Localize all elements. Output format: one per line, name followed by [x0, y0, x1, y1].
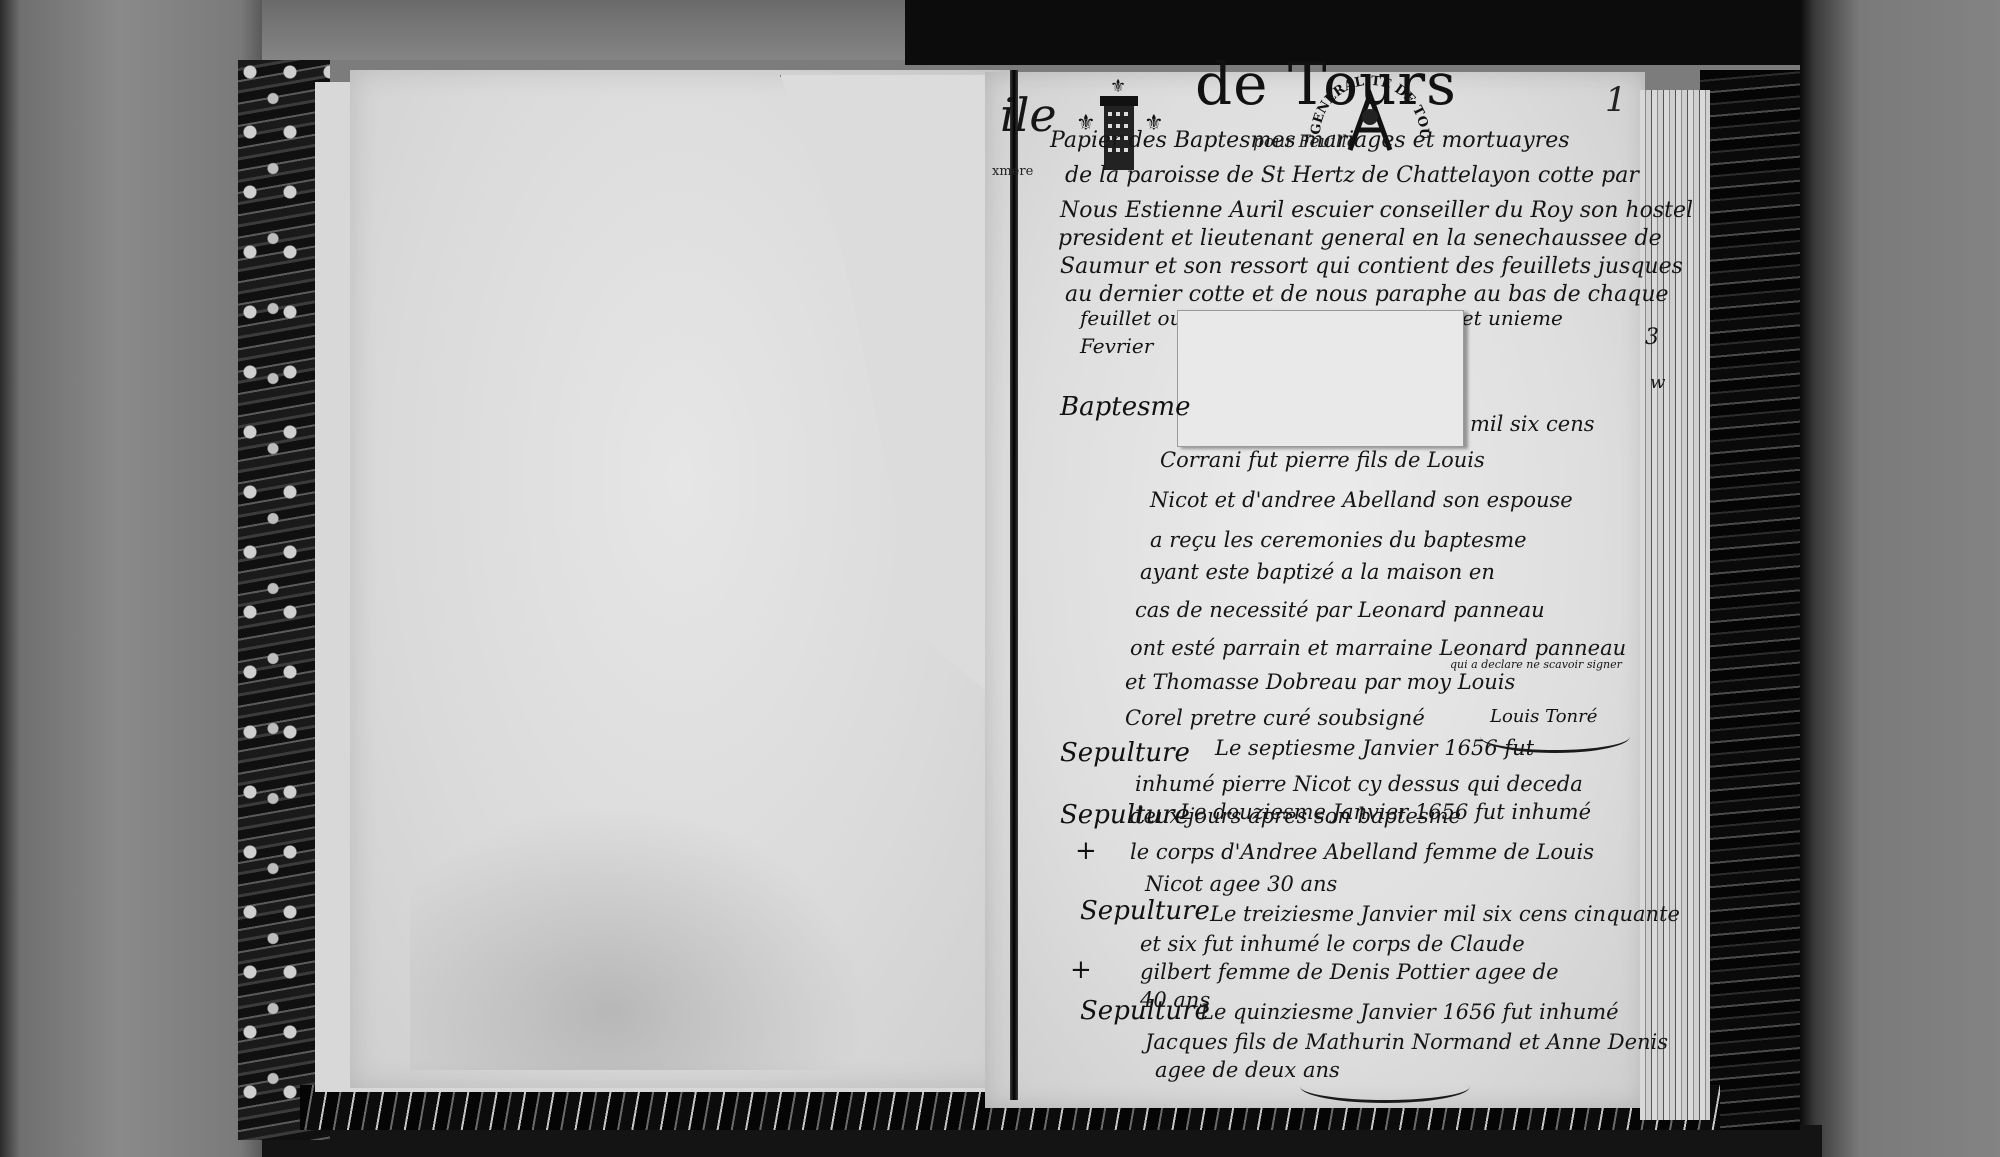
entry-line: Nicot agee 30 ans: [1145, 872, 1337, 896]
margin-mark: 3: [1645, 325, 1659, 350]
entry-line: et six fut inhumé le corps de Claude: [1140, 932, 1525, 956]
margin-label-sepulture: Sepulture: [1060, 738, 1190, 768]
intro-line: Saumur et son ressort qui contient des f…: [1060, 254, 1683, 279]
entry-line: gilbert femme de Denis Pottier agee de: [1140, 960, 1559, 984]
margin-label-sepulture: Sepulture: [1080, 996, 1210, 1026]
entry-line: Corrani fut pierre fils de Louis: [1160, 448, 1485, 472]
intro-line: de la paroisse de St Hertz de Chattelayo…: [1065, 163, 1639, 188]
intro-line: Nous Estienne Auril escuier conseiller d…: [1060, 198, 1693, 223]
closing-paraph: [1300, 1070, 1470, 1103]
cross-mark: +: [1070, 955, 1092, 985]
background-right: [1800, 0, 2000, 1157]
entry-line: Le quinziesme Janvier 1656 fut inhumé: [1200, 1000, 1619, 1024]
margin-label-sepulture: Sepulture: [1060, 800, 1190, 830]
intro-line: president et lieutenant general en la se…: [1058, 226, 1662, 251]
book-gutter: [1010, 70, 1018, 1100]
intro-line: au dernier cotte et de nous paraphe au b…: [1065, 282, 1669, 307]
entry-line: le corps d'Andree Abelland femme de Loui…: [1130, 840, 1594, 864]
entry-line: inhumé pierre Nicot cy dessus qui deceda: [1135, 772, 1583, 796]
marbled-cover-right: [1700, 70, 1800, 1130]
margin-mark: w: [1650, 372, 1665, 393]
entry-line: Nicot et d'andree Abelland son espouse: [1150, 488, 1573, 512]
entry-line: Jacques fils de Mathurin Normand et Anne…: [1145, 1030, 1668, 1054]
entry-line: mil six cens: [1470, 412, 1595, 436]
background-left: [0, 0, 262, 1157]
paper-repair-patch: [1177, 310, 1464, 447]
cross-mark: +: [1075, 836, 1097, 866]
entry-line: Le treiziesme Janvier mil six cens cinqu…: [1210, 902, 1680, 926]
svg-text:⚜: ⚜: [1110, 76, 1126, 97]
folio-number: 1: [1605, 80, 1627, 120]
entry-line: et Thomasse Dobreau par moy Louis: [1125, 670, 1515, 694]
header-fragment: ile: [1000, 88, 1057, 142]
entry-line: cas de necessité par Leonard panneau: [1135, 598, 1545, 622]
entry-line: Le septiesme Janvier 1656 fut: [1215, 736, 1534, 760]
margin-label-sepulture: Sepulture: [1080, 896, 1210, 926]
entry-line: Le douziesme Janvier 1656 fut inhumé: [1180, 800, 1591, 824]
entry-line: Corel pretre curé soubsigné: [1125, 706, 1425, 730]
entry-line: ayant este baptizé a la maison en: [1140, 560, 1495, 584]
intro-line: Papier des Baptesmes mariages et mortuay…: [1050, 128, 1570, 153]
water-stain: [410, 770, 910, 1070]
intro-line: Fevrier: [1080, 334, 1153, 358]
entry-line: a reçu les ceremonies du baptesme: [1150, 528, 1527, 552]
margin-label-baptesme: Baptesme: [1060, 392, 1190, 422]
header-small-text: xmere: [992, 164, 1033, 179]
entry-line: ont esté parrain et marraine Leonard pan…: [1130, 636, 1626, 660]
